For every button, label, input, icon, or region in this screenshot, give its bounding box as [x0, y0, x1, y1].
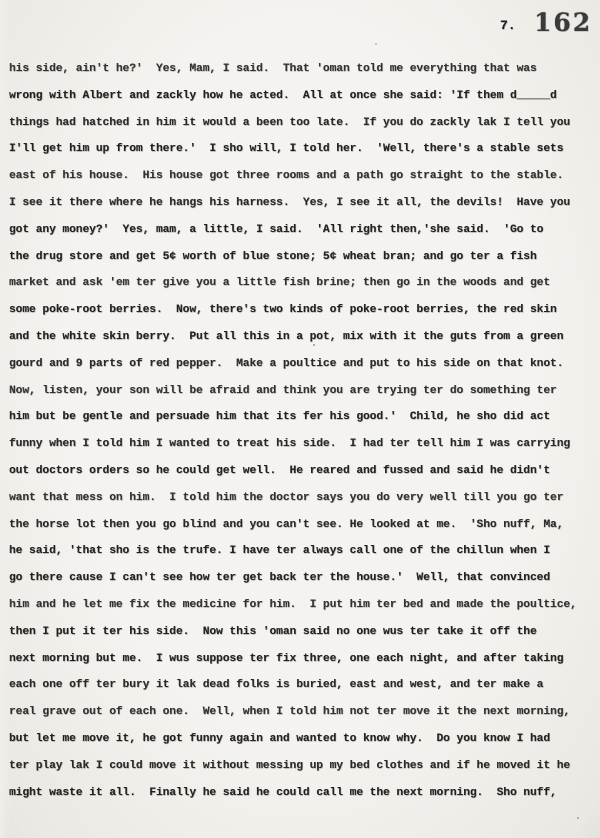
text-line: the horse lot then you go blind and you … — [9, 512, 597, 539]
text-line: got any money?' Yes, mam, a little, I sa… — [9, 217, 597, 244]
stamped-folio-number: 162 — [534, 8, 592, 37]
text-line: Now, listen, your son will be afraid and… — [9, 378, 597, 405]
typed-page-number: 7. — [500, 18, 516, 33]
text-line: but let me move it, he got funny again a… — [9, 726, 597, 753]
text-line: he said, 'that sho is the trufe. I have … — [9, 538, 597, 565]
ink-speck — [313, 344, 315, 346]
text-line: him and he let me fix the medicine for h… — [9, 592, 597, 619]
text-line: ter play lak I could move it without mes… — [9, 753, 597, 780]
text-line: him but be gentle and persuade him that … — [9, 404, 597, 431]
text-line: want that mess on him. I told him the do… — [9, 485, 597, 512]
text-line: gourd and 9 parts of red pepper. Make a … — [9, 351, 597, 378]
ink-speck — [577, 817, 579, 819]
text-line: the drug store and get 5¢ worth of blue … — [9, 244, 597, 271]
text-line: real grave out of each one. Well, when I… — [9, 699, 597, 726]
text-line: his side, ain't he?' Yes, Mam, I said. T… — [9, 56, 597, 83]
text-line: funny when I told him I wanted to treat … — [9, 431, 597, 458]
text-line: I see it there where he hangs his harnes… — [9, 190, 597, 217]
text-line: and the white skin berry. Put all this i… — [9, 324, 597, 351]
text-line: then I put it ter his side. Now this 'om… — [9, 619, 597, 646]
text-line: each one off ter bury it lak dead folks … — [9, 672, 597, 699]
text-line: some poke-root berries. Now, there's two… — [9, 297, 597, 324]
typewritten-text-block: his side, ain't he?' Yes, Mam, I said. T… — [9, 56, 597, 806]
text-line: market and ask 'em ter give you a little… — [9, 270, 597, 297]
text-line: out doctors orders so he could get well.… — [9, 458, 597, 485]
text-line: next morning but me. I wus suppose ter f… — [9, 646, 597, 673]
text-line: might waste it all. Finally he said he c… — [9, 780, 597, 807]
page-header: 7. 162 — [0, 0, 600, 50]
ink-speck — [375, 43, 377, 45]
text-line: things had hatched in him it would a bee… — [9, 110, 597, 137]
text-line: east of his house. His house got three r… — [9, 163, 597, 190]
text-line: wrong with Albert and zackly how he acte… — [9, 83, 597, 110]
text-line: I'll get him up from there.' I sho will,… — [9, 136, 597, 163]
text-line: go there cause I can't see how ter get b… — [9, 565, 597, 592]
document-page: 7. 162 his side, ain't he?' Yes, Mam, I … — [0, 0, 600, 838]
